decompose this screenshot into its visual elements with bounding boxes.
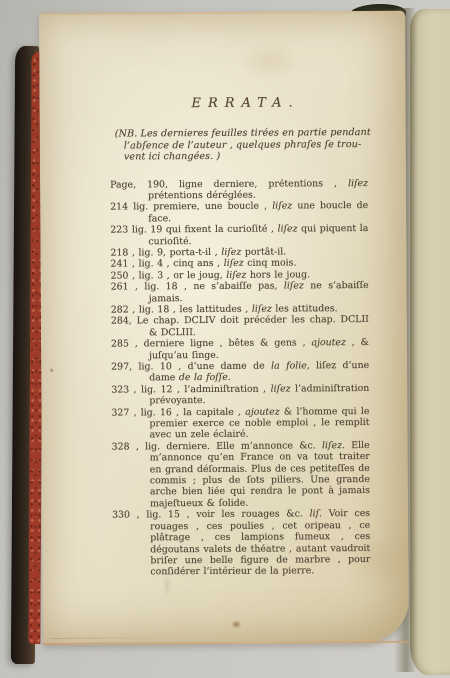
book-photo: ERRATA. (NB. Les dernieres feuilles tiré… bbox=[0, 0, 450, 678]
errata-entry: 323 , lig. 12 , l’adminiſtration , liſez… bbox=[111, 383, 369, 407]
facing-page-edge bbox=[410, 9, 450, 675]
errata-entry: 261 , lig. 18 , ne s’abaiſſe pas, liſez … bbox=[111, 280, 369, 304]
errata-entries: Page, 190, ligne derniere, prétentions ,… bbox=[110, 177, 370, 578]
printed-text-block: ERRATA. (NB. Les dernieres feuilles tiré… bbox=[110, 95, 371, 578]
printers-note: (NB. Les dernieres feuilles tirées en pa… bbox=[124, 127, 368, 163]
errata-page: ERRATA. (NB. Les dernieres feuilles tiré… bbox=[39, 11, 409, 645]
foxing-spot bbox=[49, 368, 54, 373]
note-line: (NB. Les dernieres feuilles tirées en pa… bbox=[115, 127, 368, 140]
errata-entry: 223 lig. 19 qui fixent la curioſité , li… bbox=[110, 223, 368, 247]
errata-entry: 284, Le chap. DCLIV doit précéder les ch… bbox=[111, 314, 369, 338]
errata-entry: 328 , lig. derniere. Elle m’annonce &c. … bbox=[112, 440, 370, 510]
page-crease bbox=[51, 637, 171, 639]
foxing-spot bbox=[239, 41, 299, 81]
errata-entry: 297, lig. 10 , d’une dame de la folie, l… bbox=[111, 360, 369, 384]
errata-entry: 327 , lig. 16 , la capitale , ajoutez & … bbox=[111, 406, 369, 442]
errata-entry: Page, 190, ligne derniere, prétentions ,… bbox=[110, 177, 368, 201]
errata-entry: 330 , lig. 15 , voir les rouages &c. liſ… bbox=[112, 508, 370, 578]
note-line: vent ici changées. ) bbox=[124, 150, 368, 163]
page-title: ERRATA. bbox=[124, 95, 368, 111]
errata-entry: 214 lig. premiere, une boucle , liſez un… bbox=[110, 200, 368, 224]
foxing-spot bbox=[231, 620, 242, 629]
note-line: l’abſence de l’auteur , quelques phraſes… bbox=[124, 138, 368, 151]
errata-entry: 285 , derniere ligne , bêtes & gens , aj… bbox=[111, 337, 369, 361]
